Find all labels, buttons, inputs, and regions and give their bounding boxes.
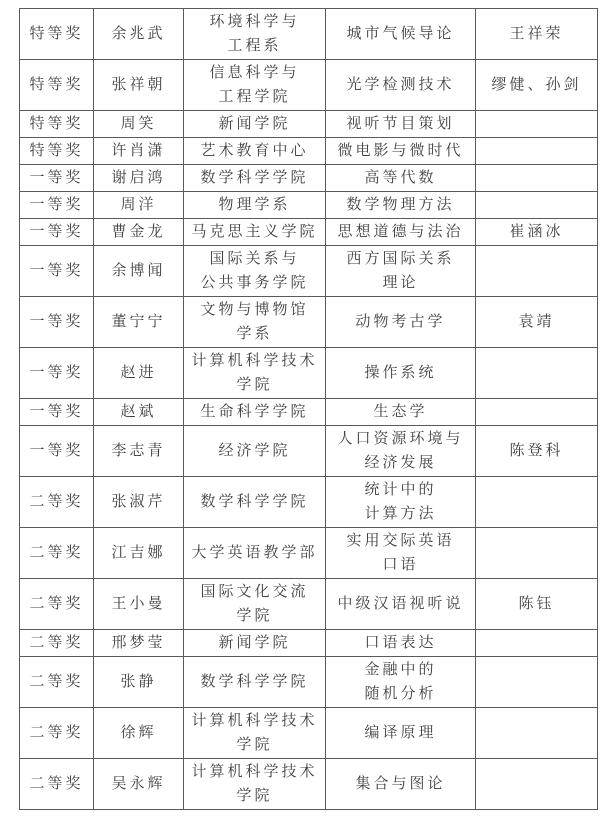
co-awardee-cell (476, 399, 598, 426)
awardee-name-cell: 周笑 (94, 111, 184, 138)
award-level-cell: 特等奖 (20, 60, 94, 111)
table-row: 特等奖 张祥朝 信息科学与 工程学院 光学检测技术 缪健、孙剑 (20, 60, 598, 111)
awardee-name-cell: 王小曼 (94, 579, 184, 630)
awardee-name-cell: 李志青 (94, 426, 184, 477)
award-level-cell: 一等奖 (20, 219, 94, 246)
course-name-cell: 口语表达 (326, 630, 476, 657)
table-row: 一等奖 谢启鸿 数学科学学院 高等代数 (20, 165, 598, 192)
awardee-name-cell: 周洋 (94, 192, 184, 219)
department-cell: 艺术教育中心 (184, 138, 326, 165)
award-level-cell: 特等奖 (20, 9, 94, 60)
table-row: 二等奖 王小曼 国际文化交流 学院 中级汉语视听说 陈钰 (20, 579, 598, 630)
department-cell: 数学科学学院 (184, 657, 326, 708)
table-row: 二等奖 吴永辉 计算机科学技术 学院 集合与图论 (20, 759, 598, 810)
course-name-cell: 操作系统 (326, 348, 476, 399)
awardee-name-cell: 徐辉 (94, 708, 184, 759)
co-awardee-cell (476, 165, 598, 192)
co-awardee-cell (476, 657, 598, 708)
table-row: 一等奖 董宁宁 文物与博物馆 学系 动物考古学 袁靖 (20, 297, 598, 348)
co-awardee-cell (476, 111, 598, 138)
table-row: 特等奖 余兆武 环境科学与 工程系 城市气候导论 王祥荣 (20, 9, 598, 60)
table-row: 一等奖 曹金龙 马克思主义学院 思想道德与法治 崔涵冰 (20, 219, 598, 246)
awardee-name-cell: 张祥朝 (94, 60, 184, 111)
course-name-cell: 人口资源环境与 经济发展 (326, 426, 476, 477)
co-awardee-cell: 崔涵冰 (476, 219, 598, 246)
course-name-cell: 金融中的 随机分析 (326, 657, 476, 708)
table-row: 特等奖 周笑 新闻学院 视听节目策划 (20, 111, 598, 138)
table-row: 二等奖 徐辉 计算机科学技术 学院 编译原理 (20, 708, 598, 759)
department-cell: 计算机科学技术 学院 (184, 708, 326, 759)
awardee-name-cell: 张静 (94, 657, 184, 708)
table-row: 一等奖 李志青 经济学院 人口资源环境与 经济发展 陈登科 (20, 426, 598, 477)
award-level-cell: 二等奖 (20, 630, 94, 657)
co-awardee-cell (476, 246, 598, 297)
awardee-name-cell: 谢启鸿 (94, 165, 184, 192)
course-name-cell: 视听节目策划 (326, 111, 476, 138)
department-cell: 文物与博物馆 学系 (184, 297, 326, 348)
department-cell: 物理学系 (184, 192, 326, 219)
department-cell: 新闻学院 (184, 111, 326, 138)
awardee-name-cell: 赵进 (94, 348, 184, 399)
awardee-name-cell: 许肖潇 (94, 138, 184, 165)
award-level-cell: 一等奖 (20, 246, 94, 297)
awardee-name-cell: 江吉娜 (94, 528, 184, 579)
awards-table-body: 特等奖 余兆武 环境科学与 工程系 城市气候导论 王祥荣 特等奖 张祥朝 信息科… (20, 9, 598, 810)
co-awardee-cell (476, 348, 598, 399)
co-awardee-cell (476, 708, 598, 759)
document-page: 特等奖 余兆武 环境科学与 工程系 城市气候导论 王祥荣 特等奖 张祥朝 信息科… (0, 0, 611, 819)
award-level-cell: 二等奖 (20, 477, 94, 528)
award-level-cell: 一等奖 (20, 192, 94, 219)
table-row: 二等奖 江吉娜 大学英语教学部 实用交际英语 口语 (20, 528, 598, 579)
award-level-cell: 一等奖 (20, 348, 94, 399)
department-cell: 数学科学学院 (184, 477, 326, 528)
award-level-cell: 一等奖 (20, 165, 94, 192)
course-name-cell: 高等代数 (326, 165, 476, 192)
awards-table: 特等奖 余兆武 环境科学与 工程系 城市气候导论 王祥荣 特等奖 张祥朝 信息科… (19, 8, 598, 810)
co-awardee-cell (476, 192, 598, 219)
table-row: 二等奖 张淑芹 数学科学学院 统计中的 计算方法 (20, 477, 598, 528)
course-name-cell: 数学物理方法 (326, 192, 476, 219)
department-cell: 环境科学与 工程系 (184, 9, 326, 60)
awardee-name-cell: 吴永辉 (94, 759, 184, 810)
co-awardee-cell: 陈登科 (476, 426, 598, 477)
co-awardee-cell (476, 759, 598, 810)
course-name-cell: 编译原理 (326, 708, 476, 759)
department-cell: 马克思主义学院 (184, 219, 326, 246)
course-name-cell: 生态学 (326, 399, 476, 426)
awardee-name-cell: 赵斌 (94, 399, 184, 426)
department-cell: 新闻学院 (184, 630, 326, 657)
awardee-name-cell: 余博闻 (94, 246, 184, 297)
award-level-cell: 二等奖 (20, 528, 94, 579)
award-level-cell: 一等奖 (20, 426, 94, 477)
course-name-cell: 统计中的 计算方法 (326, 477, 476, 528)
co-awardee-cell: 王祥荣 (476, 9, 598, 60)
department-cell: 国际文化交流 学院 (184, 579, 326, 630)
department-cell: 数学科学学院 (184, 165, 326, 192)
table-row: 一等奖 余博闻 国际关系与 公共事务学院 西方国际关系 理论 (20, 246, 598, 297)
co-awardee-cell (476, 477, 598, 528)
department-cell: 生命科学学院 (184, 399, 326, 426)
award-level-cell: 二等奖 (20, 708, 94, 759)
table-row: 特等奖 许肖潇 艺术教育中心 微电影与微时代 (20, 138, 598, 165)
table-row: 一等奖 赵斌 生命科学学院 生态学 (20, 399, 598, 426)
awardee-name-cell: 张淑芹 (94, 477, 184, 528)
awardee-name-cell: 董宁宁 (94, 297, 184, 348)
department-cell: 大学英语教学部 (184, 528, 326, 579)
department-cell: 国际关系与 公共事务学院 (184, 246, 326, 297)
awardee-name-cell: 余兆武 (94, 9, 184, 60)
department-cell: 信息科学与 工程学院 (184, 60, 326, 111)
course-name-cell: 实用交际英语 口语 (326, 528, 476, 579)
table-row: 二等奖 邢梦莹 新闻学院 口语表达 (20, 630, 598, 657)
department-cell: 计算机科学技术 学院 (184, 348, 326, 399)
department-cell: 计算机科学技术 学院 (184, 759, 326, 810)
course-name-cell: 集合与图论 (326, 759, 476, 810)
course-name-cell: 西方国际关系 理论 (326, 246, 476, 297)
course-name-cell: 中级汉语视听说 (326, 579, 476, 630)
award-level-cell: 一等奖 (20, 399, 94, 426)
award-level-cell: 二等奖 (20, 657, 94, 708)
course-name-cell: 思想道德与法治 (326, 219, 476, 246)
department-cell: 经济学院 (184, 426, 326, 477)
table-row: 一等奖 赵进 计算机科学技术 学院 操作系统 (20, 348, 598, 399)
course-name-cell: 动物考古学 (326, 297, 476, 348)
awardee-name-cell: 邢梦莹 (94, 630, 184, 657)
award-level-cell: 一等奖 (20, 297, 94, 348)
award-level-cell: 二等奖 (20, 759, 94, 810)
table-row: 一等奖 周洋 物理学系 数学物理方法 (20, 192, 598, 219)
course-name-cell: 光学检测技术 (326, 60, 476, 111)
co-awardee-cell: 缪健、孙剑 (476, 60, 598, 111)
award-level-cell: 特等奖 (20, 138, 94, 165)
award-level-cell: 二等奖 (20, 579, 94, 630)
co-awardee-cell (476, 528, 598, 579)
co-awardee-cell: 袁靖 (476, 297, 598, 348)
awardee-name-cell: 曹金龙 (94, 219, 184, 246)
course-name-cell: 城市气候导论 (326, 9, 476, 60)
co-awardee-cell (476, 138, 598, 165)
table-row: 二等奖 张静 数学科学学院 金融中的 随机分析 (20, 657, 598, 708)
award-level-cell: 特等奖 (20, 111, 94, 138)
co-awardee-cell: 陈钰 (476, 579, 598, 630)
course-name-cell: 微电影与微时代 (326, 138, 476, 165)
co-awardee-cell (476, 630, 598, 657)
